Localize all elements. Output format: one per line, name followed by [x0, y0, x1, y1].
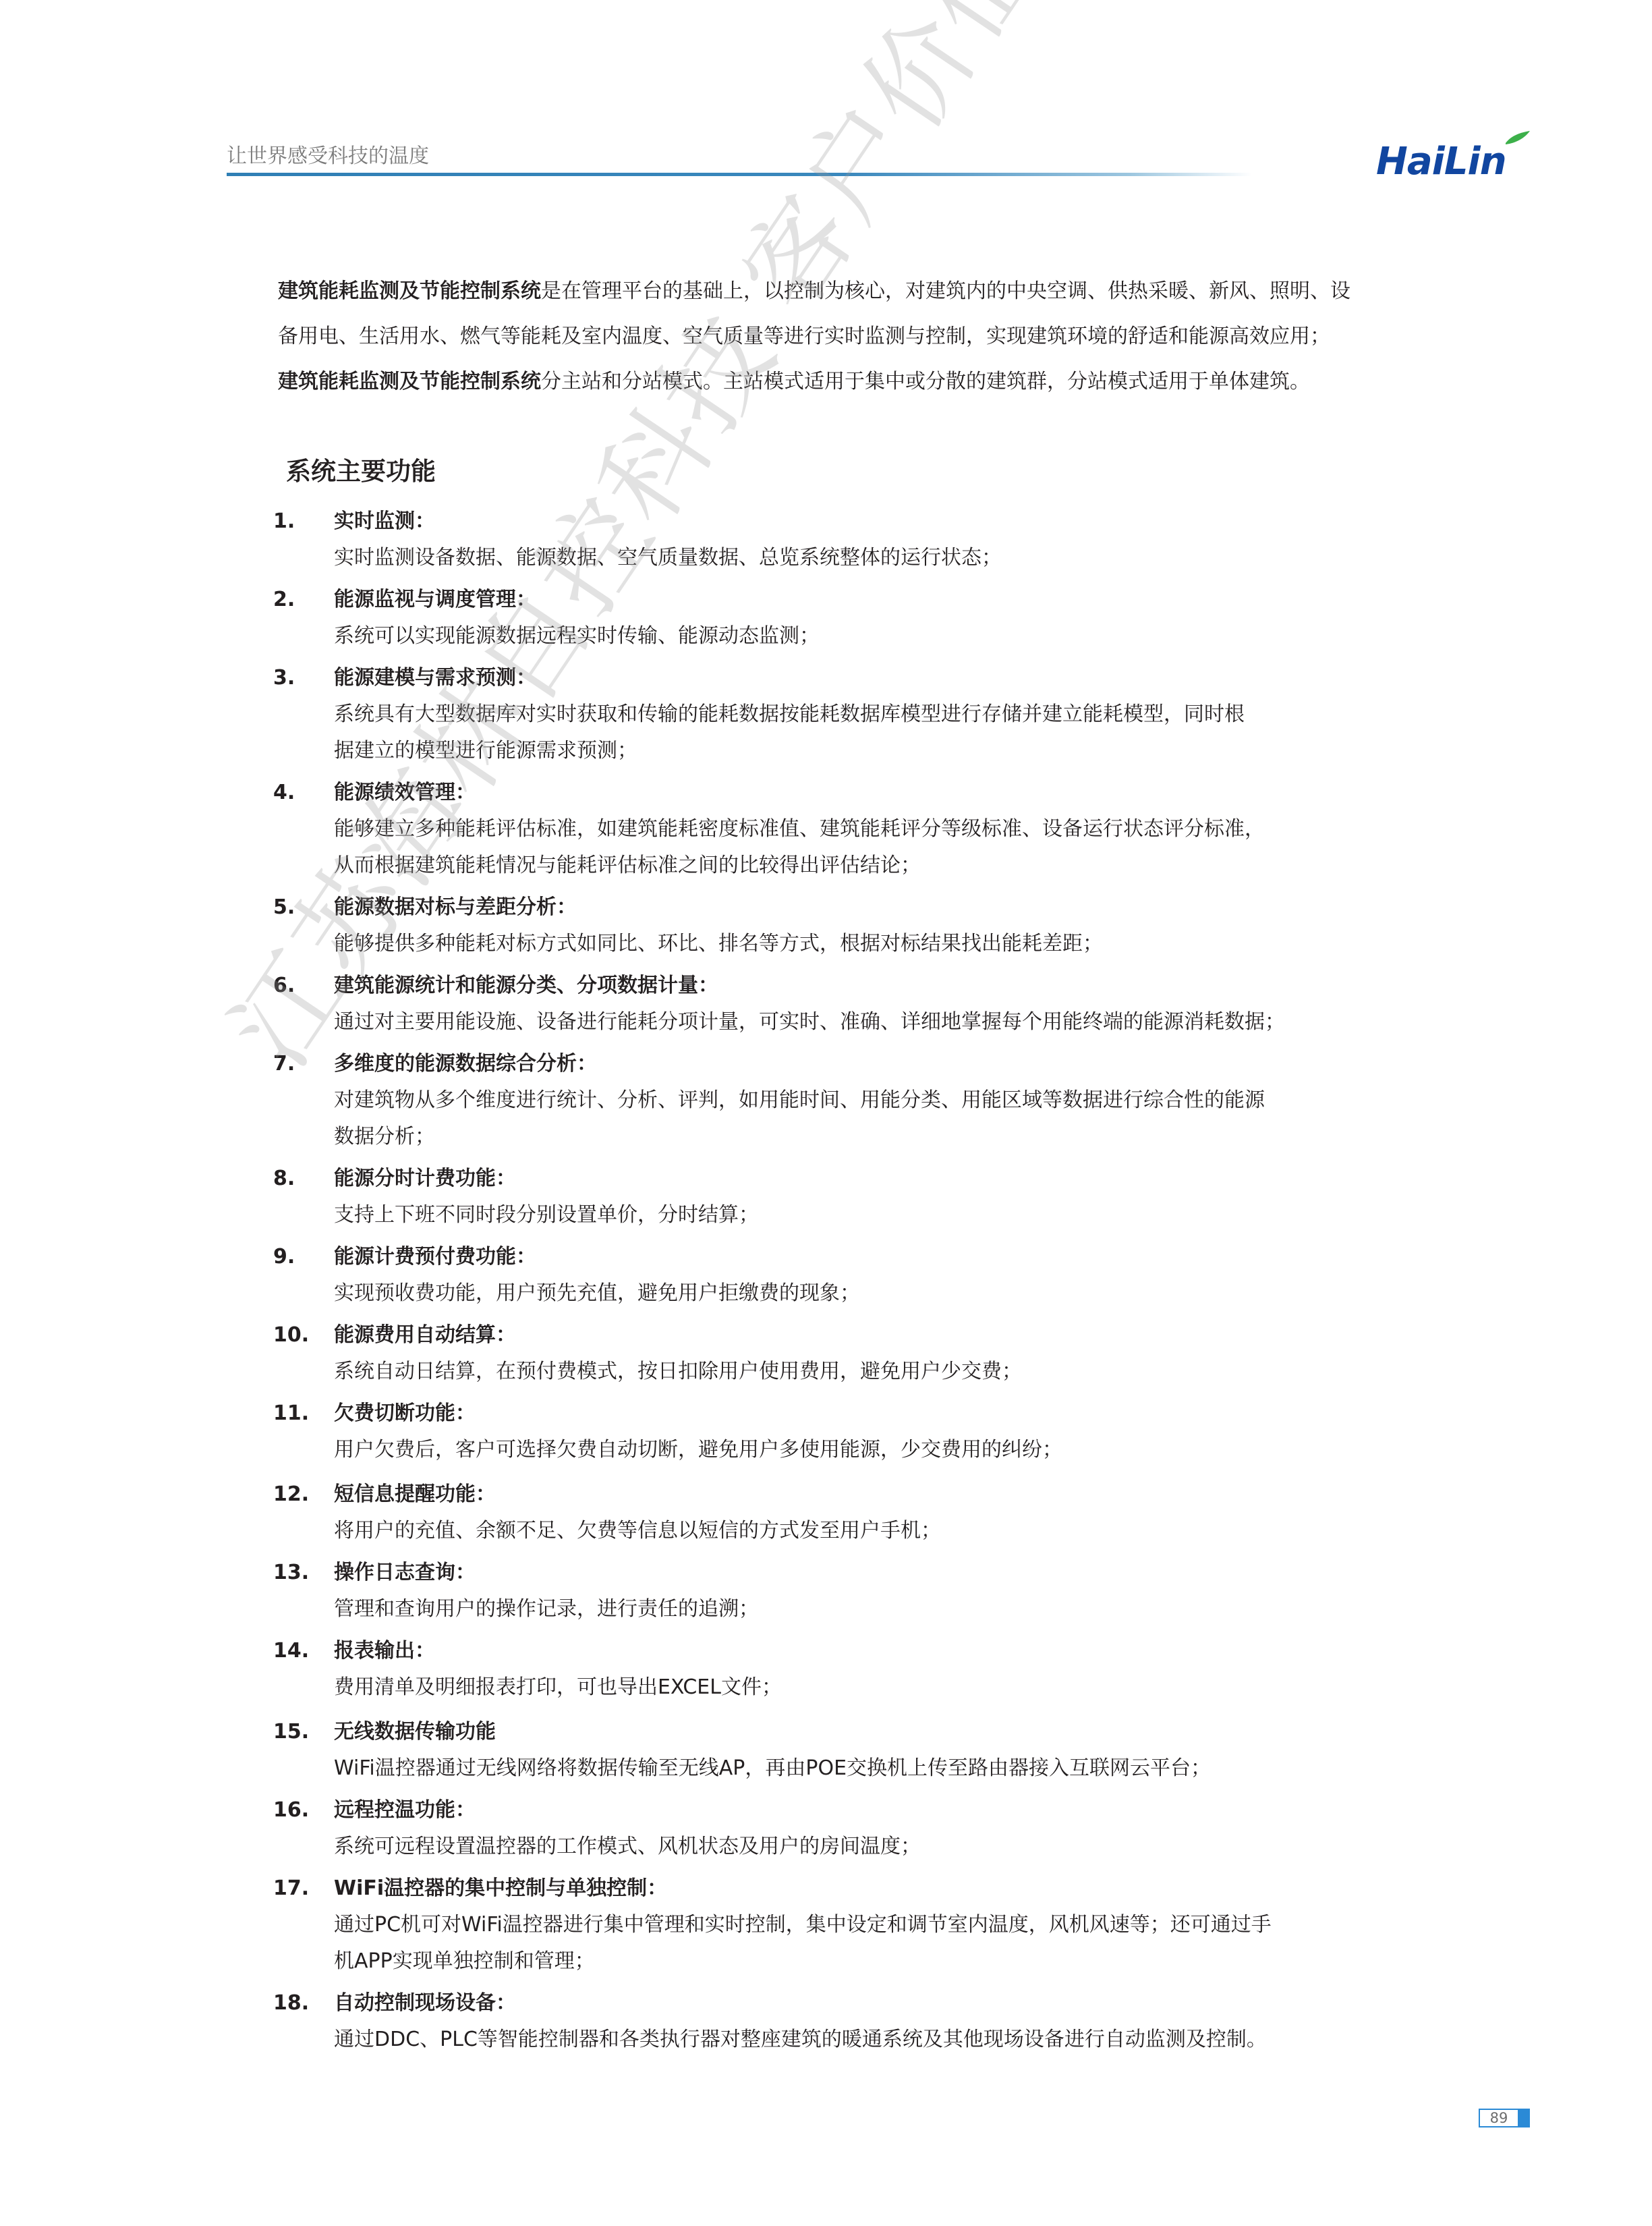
feature-description: 费用清单及明细报表打印，可也导出EXCEL文件； [334, 1669, 1487, 1708]
feature-description: 实现预收费功能，用户预先充值，避免用户拒缴费的现象； [334, 1275, 1487, 1314]
feature-item: 15.无线数据传输功能WiFi温控器通过无线网络将数据传输至无线AP，再由POE… [273, 1714, 1487, 1789]
feature-number: 13. [273, 1555, 334, 1591]
feature-description: 通过对主要用能设施、设备进行能耗分项计量，可实时、准确、详细地掌握每个用能终端的… [334, 1004, 1487, 1043]
feature-title: 能源数据对标与差距分析： [334, 889, 1487, 926]
logo-text: HaiLin [1376, 140, 1506, 182]
feature-number: 11. [273, 1395, 334, 1432]
page-number-badge: 89 [1479, 2109, 1530, 2127]
feature-description: WiFi温控器通过无线网络将数据传输至无线AP，再由POE交换机上传至路由器接入… [334, 1750, 1487, 1789]
intro-text: 是在管理平台的基础上，以控制为核心，对建筑内的中央空调、供热采暖、新风、照明、设 [541, 279, 1350, 303]
feature-title: 能源绩效管理： [334, 775, 1487, 811]
feature-item: 7.多维度的能源数据综合分析：对建筑物从多个维度进行统计、分析、评判，如用能时间… [273, 1046, 1487, 1158]
intro-system-name: 建筑能耗监测及节能控制系统 [278, 279, 541, 303]
feature-title: 实时监测： [334, 503, 1487, 540]
feature-item: 8.能源分时计费功能：支持上下班不同时段分别设置单价，分时结算； [273, 1161, 1487, 1236]
feature-item: 11.欠费切断功能：用户欠费后，客户可选择欠费自动切断，避免用户多使用能源，少交… [273, 1395, 1487, 1471]
feature-number: 3. [273, 660, 334, 696]
feature-title: 欠费切断功能： [334, 1395, 1487, 1432]
feature-number: 10. [273, 1317, 334, 1354]
feature-item: 14.报表输出：费用清单及明细报表打印，可也导出EXCEL文件； [273, 1633, 1487, 1708]
feature-title: 建筑能源统计和能源分类、分项数据计量： [334, 968, 1487, 1004]
feature-title: 无线数据传输功能 [334, 1714, 1487, 1750]
intro-line-1: 建筑能耗监测及节能控制系统是在管理平台的基础上，以控制为核心，对建筑内的中央空调… [278, 269, 1479, 314]
feature-title: 能源分时计费功能： [334, 1161, 1487, 1197]
feature-title: 多维度的能源数据综合分析： [334, 1046, 1487, 1082]
feature-number: 17. [273, 1870, 334, 1907]
feature-number: 7. [273, 1046, 334, 1082]
header-tagline: 让世界感受科技的温度 [227, 139, 429, 169]
feature-number: 4. [273, 775, 334, 811]
feature-item: 13.操作日志查询：管理和查询用户的操作记录，进行责任的追溯； [273, 1555, 1487, 1630]
feature-description: 通过DDC、PLC等智能控制器和各类执行器对整座建筑的暖通系统及其他现场设备进行… [334, 2022, 1487, 2061]
feature-number: 14. [273, 1633, 334, 1669]
intro-line-3: 建筑能耗监测及节能控制系统分主站和分站模式。主站模式适用于集中或分散的建筑群，分… [278, 359, 1479, 404]
feature-title: 能源监视与调度管理： [334, 582, 1487, 618]
feature-description: 能够提供多种能耗对标方式如同比、环比、排名等方式，根据对标结果找出能耗差距； [334, 926, 1487, 965]
feature-title: 短信息提醒功能： [334, 1476, 1487, 1513]
feature-title: 自动控制现场设备： [334, 1985, 1487, 2022]
feature-number: 12. [273, 1476, 334, 1513]
feature-number: 9. [273, 1239, 334, 1275]
feature-title: 远程控温功能： [334, 1792, 1487, 1829]
header-divider [227, 173, 1252, 176]
feature-description: 将用户的充值、余额不足、欠费等信息以短信的方式发至用户手机； [334, 1513, 1487, 1552]
intro-system-name: 建筑能耗监测及节能控制系统 [278, 370, 541, 393]
feature-title: 报表输出： [334, 1633, 1487, 1669]
feature-description: 实时监测设备数据、能源数据、空气质量数据、总览系统整体的运行状态； [334, 540, 1487, 579]
feature-item: 12.短信息提醒功能：将用户的充值、余额不足、欠费等信息以短信的方式发至用户手机… [273, 1476, 1487, 1552]
feature-description: 用户欠费后，客户可选择欠费自动切断，避免用户多使用能源，少交费用的纠纷； [334, 1432, 1487, 1471]
feature-description: 通过PC机可对WiFi温控器进行集中管理和实时控制，集中设定和调节室内温度，风机… [334, 1907, 1487, 1982]
feature-number: 8. [273, 1161, 334, 1197]
intro-text: 分主站和分站模式。主站模式适用于集中或分散的建筑群，分站模式适用于单体建筑。 [541, 370, 1310, 393]
feature-item: 17.WiFi温控器的集中控制与单独控制：通过PC机可对WiFi温控器进行集中管… [273, 1870, 1487, 1982]
feature-number: 6. [273, 968, 334, 1004]
feature-item: 4.能源绩效管理：能够建立多种能耗评估标准，如建筑能耗密度标准值、建筑能耗评分等… [273, 775, 1487, 887]
feature-title: WiFi温控器的集中控制与单独控制： [334, 1870, 1487, 1907]
feature-item: 2.能源监视与调度管理：系统可以实现能源数据远程实时传输、能源动态监测； [273, 582, 1487, 657]
feature-description: 系统可以实现能源数据远程实时传输、能源动态监测； [334, 618, 1487, 657]
hailin-logo: HaiLin [1373, 128, 1542, 182]
intro-line-2: 备用电、生活用水、燃气等能耗及室内温度、空气质量等进行实时监测与控制，实现建筑环… [278, 314, 1479, 359]
feature-description: 系统自动日结算，在预付费模式，按日扣除用户使用费用，避免用户少交费； [334, 1354, 1487, 1393]
feature-item: 10.能源费用自动结算：系统自动日结算，在预付费模式，按日扣除用户使用费用，避免… [273, 1317, 1487, 1393]
feature-item: 5.能源数据对标与差距分析：能够提供多种能耗对标方式如同比、环比、排名等方式，根… [273, 889, 1487, 965]
feature-description: 管理和查询用户的操作记录，进行责任的追溯； [334, 1591, 1487, 1630]
feature-title: 能源建模与需求预测： [334, 660, 1487, 696]
feature-number: 1. [273, 503, 334, 540]
feature-item: 3.能源建模与需求预测：系统具有大型数据库对实时获取和传输的能耗数据按能耗数据库… [273, 660, 1487, 772]
feature-item: 18.自动控制现场设备：通过DDC、PLC等智能控制器和各类执行器对整座建筑的暖… [273, 1985, 1487, 2061]
feature-number: 5. [273, 889, 334, 926]
feature-title: 操作日志查询： [334, 1555, 1487, 1591]
feature-description: 对建筑物从多个维度进行统计、分析、评判，如用能时间、用能分类、用能区域等数据进行… [334, 1082, 1487, 1158]
feature-number: 16. [273, 1792, 334, 1829]
feature-title: 能源计费预付费功能： [334, 1239, 1487, 1275]
feature-description: 系统可远程设置温控器的工作模式、风机状态及用户的房间温度； [334, 1829, 1487, 1868]
section-title: 系统主要功能 [286, 451, 436, 487]
feature-number: 18. [273, 1985, 334, 2022]
feature-item: 9.能源计费预付费功能：实现预收费功能，用户预先充值，避免用户拒缴费的现象； [273, 1239, 1487, 1314]
feature-description: 支持上下班不同时段分别设置单价，分时结算； [334, 1197, 1487, 1236]
feature-number: 15. [273, 1714, 334, 1750]
hailin-logo-icon: HaiLin [1373, 128, 1542, 182]
feature-number: 2. [273, 582, 334, 618]
page-number: 89 [1480, 2110, 1518, 2126]
feature-title: 能源费用自动结算： [334, 1317, 1487, 1354]
feature-description: 能够建立多种能耗评估标准，如建筑能耗密度标准值、建筑能耗评分等级标准、设备运行状… [334, 811, 1487, 887]
feature-description: 系统具有大型数据库对实时获取和传输的能耗数据按能耗数据库模型进行存储并建立能耗模… [334, 696, 1487, 772]
feature-item: 6.建筑能源统计和能源分类、分项数据计量：通过对主要用能设施、设备进行能耗分项计… [273, 968, 1487, 1043]
feature-item: 1.实时监测：实时监测设备数据、能源数据、空气质量数据、总览系统整体的运行状态； [273, 503, 1487, 579]
features-list: 1.实时监测：实时监测设备数据、能源数据、空气质量数据、总览系统整体的运行状态；… [273, 501, 1487, 2061]
intro-paragraphs: 建筑能耗监测及节能控制系统是在管理平台的基础上，以控制为核心，对建筑内的中央空调… [278, 269, 1479, 404]
feature-item: 16.远程控温功能：系统可远程设置温控器的工作模式、风机状态及用户的房间温度； [273, 1792, 1487, 1868]
